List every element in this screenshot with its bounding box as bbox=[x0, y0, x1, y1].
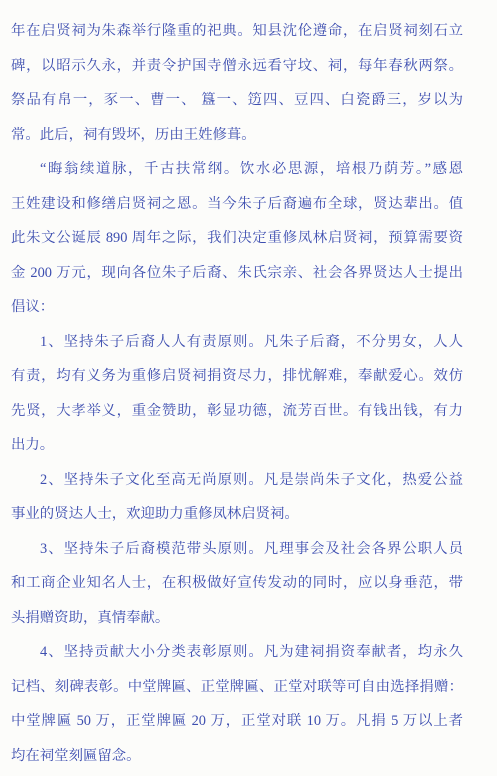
text-line: 有责，均有义务为重修启贤祠捐资尽力，排忧解难，奉献爱心。效仿 bbox=[11, 359, 463, 394]
text-line: 2、坚持朱子文化至高无尚原则。凡是崇尚朱子文化，热爱公益 bbox=[11, 463, 463, 498]
text-line: 3、坚持朱子后裔模范带头原则。凡理事会及社会各界公职人员 bbox=[11, 532, 463, 567]
text-line: “晦翁续道脉，千古扶常纲。饮水必思源，培根乃荫芳。”感恩 bbox=[11, 152, 463, 187]
text-line: 出力。 bbox=[11, 428, 463, 463]
text-line: 中堂牌匾 50 万，正堂牌匾 20 万，正堂对联 10 万。凡捐 5 万以上者 bbox=[11, 704, 463, 739]
text-line: 事业的贤达人士，欢迎助力重修凤林启贤祠。 bbox=[11, 497, 463, 532]
text-line: 1、坚持朱子后裔人人有责原则。凡朱子后裔，不分男女，人人 bbox=[11, 325, 463, 360]
text-line: 头捐赠资助，真情奉献。 bbox=[11, 601, 463, 636]
text-line: 4、坚持贡献大小分类表彰原则。凡为建祠捐资奉献者，均永久 bbox=[11, 635, 463, 670]
text-line: 和工商企业知名人士，在积极做好宣传发动的同时，应以身垂范，带 bbox=[11, 566, 463, 601]
text-line: 此朱文公诞辰 890 周年之际，我们决定重修凤林启贤祠，预算需要资 bbox=[11, 221, 463, 256]
text-line: 碑，以昭示久永，并责令护国寺僧永远看守坟、祠，每年春秋两祭。 bbox=[11, 49, 463, 84]
text-line: 常。此后，祠有毁坏，历由王姓修葺。 bbox=[11, 118, 463, 153]
text-line: 王姓建设和修缮启贤祠之恩。当今朱子后裔遍布全球，贤达辈出。值 bbox=[11, 187, 463, 222]
text-line: 年在启贤祠为朱森举行隆重的祀典。知县沈伦遵命，在启贤祠刻石立 bbox=[11, 14, 463, 49]
text-line: 祭品有帛一，豕一、曹一、 簋一、笾四、豆四、白瓷爵三，岁以为 bbox=[11, 83, 463, 118]
document-page: 年在启贤祠为朱森举行隆重的祀典。知县沈伦遵命，在启贤祠刻石立碑，以昭示久永，并责… bbox=[0, 0, 497, 776]
text-line: 倡议： bbox=[11, 290, 463, 325]
text-line: 金 200 万元，现向各位朱子后裔、朱氏宗亲、社会各界贤达人士提出 bbox=[11, 256, 463, 291]
text-line: 记档、刻碑表彰。中堂牌匾、正堂牌匾、正堂对联等可自由选择捐赠： bbox=[11, 670, 463, 705]
text-line: 先贤，大孝举义，重金赞助，彰显功德，流芳百世。有钱出钱，有力 bbox=[11, 394, 463, 429]
text-line: 均在祠堂刻匾留念。 bbox=[11, 739, 463, 774]
document-body: 年在启贤祠为朱森举行隆重的祀典。知县沈伦遵命，在启贤祠刻石立碑，以昭示久永，并责… bbox=[0, 0, 497, 773]
